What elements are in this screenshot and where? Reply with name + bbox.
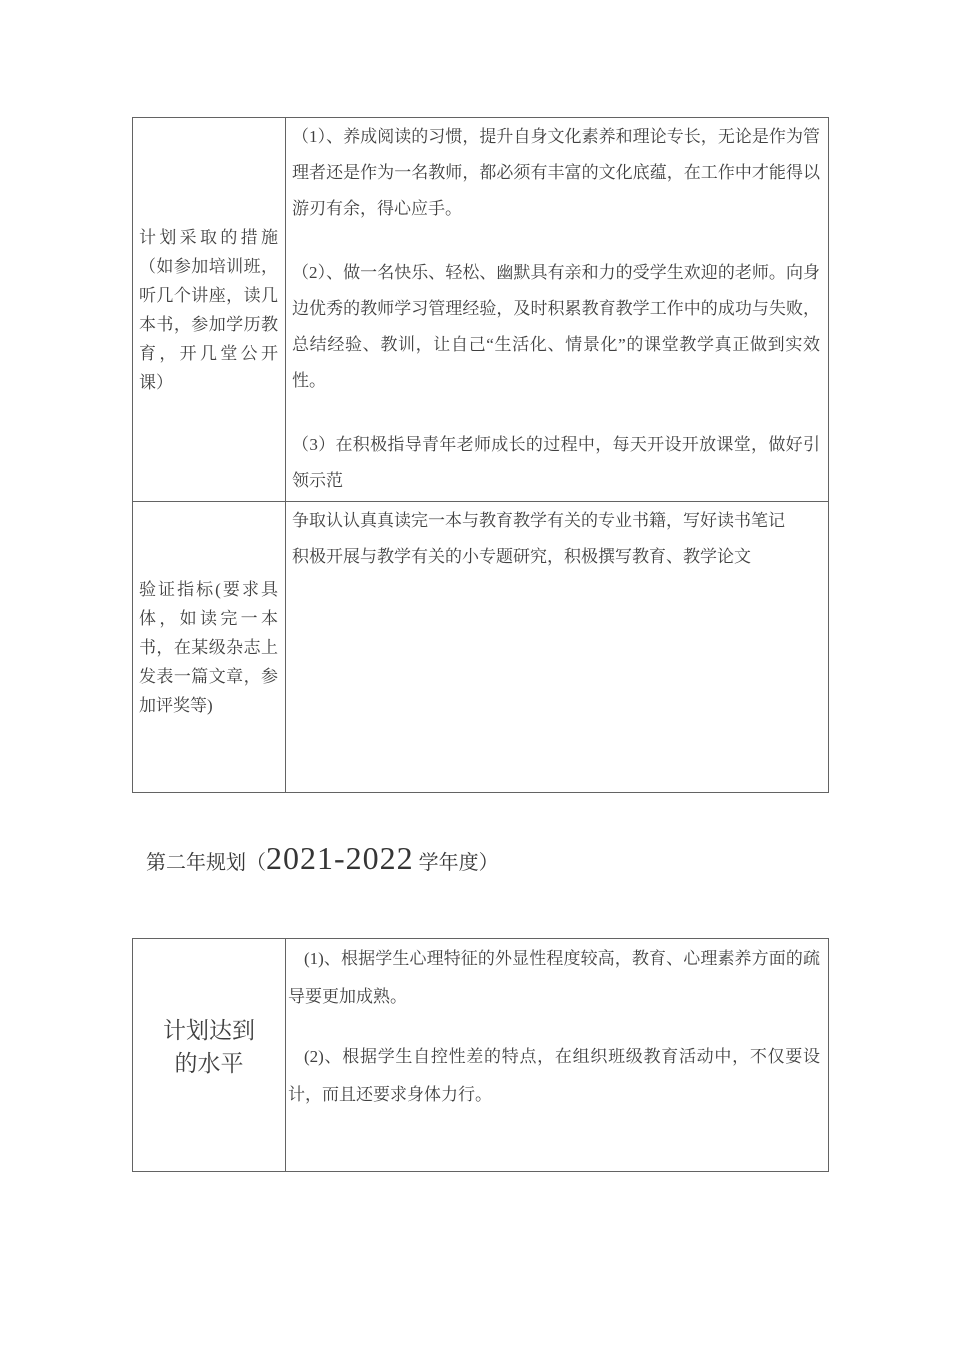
heading-years: 2021-2022: [266, 840, 414, 876]
indicators-paragraph-2: 积极开展与教学有关的小专题研究，积极撰写教育、教学论文: [292, 539, 820, 575]
document-page: 计划采取的措施（如参加培训班，听几个讲座，读几本书，参加学历教育，开几堂公开课）…: [0, 0, 960, 1357]
indicators-paragraph-1: 争取认认真真读完一本与教育教学有关的专业书籍，写好读书笔记: [292, 503, 820, 539]
heading-suffix: 学年度）: [414, 852, 499, 874]
measures-paragraph-3: （3）在积极指导青年老师成长的过程中，每天开设开放课堂，做好引领示范: [292, 427, 820, 499]
year2-section-heading: 第二年规划（2021-2022 学年度）: [146, 840, 499, 877]
indicators-label-cell: 验证指标(要求具体，如读完一本书，在某级杂志上发表一篇文章，参加评奖等): [133, 502, 286, 792]
target-level-paragraph-1: (1)、根据学生心理特征的外显性程度较高，教育、心理素养方面的疏导要更加成熟。: [288, 940, 820, 1016]
measures-content-cell: （1）、养成阅读的习惯，提升自身文化素养和理论专长，无论是作为管理者还是作为一名…: [286, 118, 828, 502]
indicators-content-cell: 争取认认真真读完一本与教育教学有关的专业书籍，写好读书笔记 积极开展与教学有关的…: [286, 502, 828, 792]
target-level-paragraph-2: (2)、根据学生自控性差的特点，在组织班级教育活动中，不仅要设计，而且还要求身体…: [288, 1038, 820, 1114]
target-level-label-cell: 计划达到 的水平: [133, 939, 286, 1171]
target-level-content-cell: (1)、根据学生心理特征的外显性程度较高，教育、心理素养方面的疏导要更加成熟。 …: [286, 939, 828, 1171]
measures-label: 计划采取的措施（如参加培训班，听几个讲座，读几本书，参加学历教育，开几堂公开课）: [133, 223, 285, 397]
year1-plan-table: 计划采取的措施（如参加培训班，听几个讲座，读几本书，参加学历教育，开几堂公开课）…: [132, 117, 829, 793]
target-level-label-line1: 计划达到: [133, 1014, 285, 1047]
indicators-label: 验证指标(要求具体，如读完一本书，在某级杂志上发表一篇文章，参加评奖等): [133, 575, 285, 720]
heading-prefix: 第二年规划（: [146, 852, 266, 874]
measures-paragraph-1: （1）、养成阅读的习惯，提升自身文化素养和理论专长，无论是作为管理者还是作为一名…: [292, 119, 820, 227]
measures-label-cell: 计划采取的措施（如参加培训班，听几个讲座，读几本书，参加学历教育，开几堂公开课）: [133, 118, 286, 502]
year2-plan-table: 计划达到 的水平 (1)、根据学生心理特征的外显性程度较高，教育、心理素养方面的…: [132, 938, 829, 1172]
target-level-label: 计划达到 的水平: [133, 1014, 285, 1096]
target-level-label-line2: 的水平: [133, 1047, 285, 1080]
measures-paragraph-2: （2）、做一名快乐、轻松、幽默具有亲和力的受学生欢迎的老师。向身边优秀的教师学习…: [292, 255, 820, 399]
